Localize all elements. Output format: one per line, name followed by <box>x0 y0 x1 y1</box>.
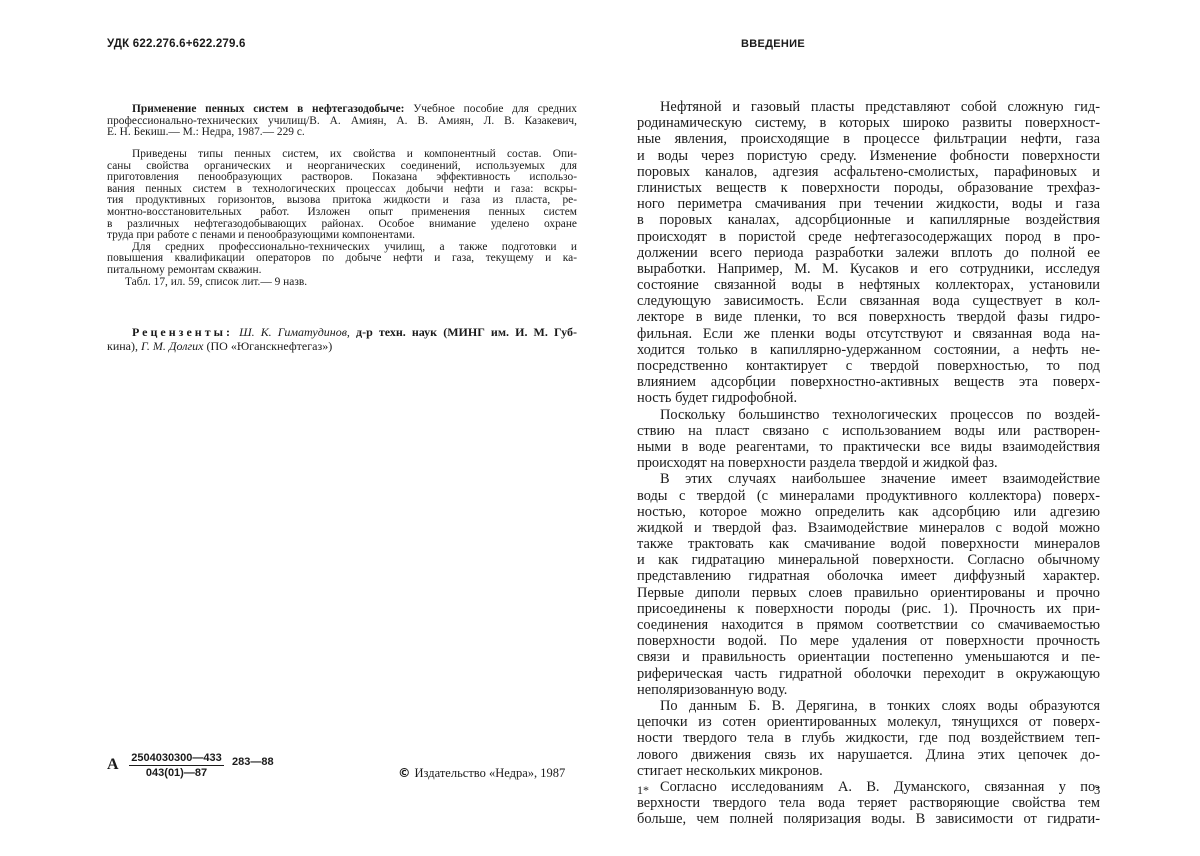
abstract: Приведены типы пенных систем, их свойств… <box>107 149 577 288</box>
signature-mark: 1* <box>637 783 649 798</box>
body-line: в поровых каналах, адсорбционные и капил… <box>637 212 1100 228</box>
body-line: риферическая часть гидратной оболочки пе… <box>637 666 1100 682</box>
body-line: ного периметра смачивания при течении жи… <box>637 196 1100 212</box>
reviewer-credentials-cont: кина), <box>107 339 141 353</box>
body-line: и воды через пористую среду. Изменение ф… <box>637 148 1100 164</box>
body-line: ные явления, происходящие в процессе фил… <box>637 131 1100 147</box>
body-line: В этих случаях наибольшее значение имеет… <box>637 471 1100 487</box>
body-line: ность будет гидрофобной. <box>637 390 1100 406</box>
body-line: ходится только в капиллярно-удержанном с… <box>637 342 1100 358</box>
book-title: Применение пенных систем в нефтегазодобы… <box>132 103 404 115</box>
imprint-letter: А <box>107 756 119 774</box>
body-line: должении всего периода разработки залежи… <box>637 245 1100 261</box>
body-line: присоединены к поверхности породы (рис. … <box>637 601 1100 617</box>
reviewers-line: Рецензенты: Ш. К. Гиматудинов, д-р техн.… <box>107 325 577 339</box>
body-line: состояние связанной воды в нефтяных колл… <box>637 277 1100 293</box>
right-page: ВВЕДЕНИЕ Нефтяной и газовый пласты предс… <box>600 0 1200 856</box>
copyright-notice: ©Издательство «Недра», 1987 <box>398 765 565 781</box>
body-line: связи и правильность ориентации постепен… <box>637 649 1100 665</box>
body-line: происходят на поверхности раздела твердо… <box>637 455 1100 471</box>
reviewer-name: Ш. К. Гиматудинов, <box>239 325 350 339</box>
reviewer-organization: (ПО «Юганскнефтегаз») <box>204 339 333 353</box>
body-line: стигает нескольких микронов. <box>637 763 1100 779</box>
body-line: влиянием адсорбции поверхностно-активных… <box>637 374 1100 390</box>
body-line: верхности твердого тела вода теряет раст… <box>637 795 1100 811</box>
introduction-body: Нефтяной и газовый пласты представляют с… <box>637 99 1100 827</box>
stats-line: Табл. 17, ил. 59, список лит.— 9 назв. <box>107 277 577 289</box>
body-line: глинистых веществ к поверхности породы, … <box>637 180 1100 196</box>
audience-line: питальному ремонтам скважин. <box>107 265 577 277</box>
body-line: Нефтяной и газовый пласты представляют с… <box>637 99 1100 115</box>
body-line: ными в воде реагентами, то практически в… <box>637 439 1100 455</box>
body-line: По данным Б. В. Дерягина, в тонких слоях… <box>637 698 1100 714</box>
body-line: ностью, которое можно определить как адс… <box>637 504 1100 520</box>
body-line: родинамическую систему, в которых широко… <box>637 115 1100 131</box>
abstract-line: монтно-восстановительных работ. Изложен … <box>107 207 577 219</box>
reviewers: Рецензенты: Ш. К. Гиматудинов, д-р техн.… <box>107 325 577 353</box>
body-line: Согласно исследованиям А. В. Думанского,… <box>637 779 1100 795</box>
bibliographic-entry: Применение пенных систем в нефтегазодобы… <box>107 104 577 139</box>
copyright-icon: © <box>398 765 411 780</box>
book-subtitle: Учебное пособие для средних <box>404 103 577 115</box>
body-line: жидкой и твердой фаз. Взаимодействие мин… <box>637 520 1100 536</box>
body-line: представлению гидратная оболочка имеет д… <box>637 568 1100 584</box>
reviewers-label: Рецензенты: <box>132 325 233 339</box>
section-title: ВВЕДЕНИЕ <box>741 38 805 50</box>
body-line: фильная. Если же пленки воды отсутствуют… <box>637 326 1100 342</box>
body-line: ности твердого тела в глубь жидкости, гд… <box>637 730 1100 746</box>
reviewers-line: кина), Г. М. Долгих (ПО «Юганскнефтегаз»… <box>107 339 577 353</box>
body-line: лового движения связь их нарушается. Дли… <box>637 747 1100 763</box>
bibliographic-line: Применение пенных систем в нефтегазодобы… <box>107 104 577 116</box>
body-line: цепочки из сотен ориентированных молекул… <box>637 714 1100 730</box>
imprint-code: 283—88 <box>232 756 274 768</box>
body-line: происходят в пористой среде нефтегазосод… <box>637 229 1100 245</box>
left-page: УДК 622.276.6+622.279.6 Применение пенны… <box>0 0 600 856</box>
imprint-denominator: 043(01)—87 <box>129 766 224 779</box>
body-line: неполяризованную воду. <box>637 682 1100 698</box>
abstract-line: Приведены типы пенных систем, их свойств… <box>107 149 577 161</box>
body-line: следующую зависимость. Если связанная во… <box>637 293 1100 309</box>
body-line: воды с твердой (с минералами продуктивно… <box>637 488 1100 504</box>
body-line: также трактовать как смачивание водой по… <box>637 536 1100 552</box>
body-line: ствию на пласт связано с использованием … <box>637 423 1100 439</box>
imprint-fraction: 2504030300—433 043(01)—87 <box>129 752 224 779</box>
body-line: лекторе в виде пленки, то вся поверхност… <box>637 309 1100 325</box>
abstract-line: труда при работе с пенами и пенообразующ… <box>107 230 577 242</box>
body-line: посредственно контактирует с твердой пов… <box>637 358 1100 374</box>
page-number: 3 <box>1094 783 1100 798</box>
body-line: Поскольку большинство технологических пр… <box>637 407 1100 423</box>
body-line: и как гидратацию минеральной поверхности… <box>637 552 1100 568</box>
body-line: соединения находится в прямом соответств… <box>637 617 1100 633</box>
udk-classification: УДК 622.276.6+622.279.6 <box>107 38 246 50</box>
reviewer-name: Г. М. Долгих <box>141 339 204 353</box>
body-line: выработки. Например, М. М. Кусаков и его… <box>637 261 1100 277</box>
body-line: больше, чем полней поляризация воды. В з… <box>637 811 1100 827</box>
copyright-text: Издательство «Недра», 1987 <box>415 766 566 780</box>
reviewer-credentials: д-р техн. наук (МИНГ им. И. М. Губ- <box>350 325 577 339</box>
imprint-numerator: 2504030300—433 <box>129 752 224 766</box>
body-line: Первые диполи первых слоев правильно ори… <box>637 585 1100 601</box>
body-line: поровых каналов, адгезия асфальтено-смол… <box>637 164 1100 180</box>
body-line: поверхности водой. По мере удаления от п… <box>637 633 1100 649</box>
bibliographic-line: Е. Н. Бекиш.— М.: Недра, 1987.— 229 с. <box>107 127 577 139</box>
